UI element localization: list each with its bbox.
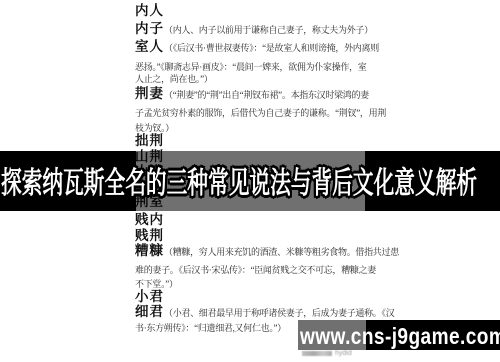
term-definition: （内人、内子以前用于谦称自己妻子，称丈夫为外子） [164,25,373,35]
term-heading: 糟糠 [135,243,164,258]
term-definition: （糟糠，穷人用来充饥的酒渣、米糠等粗劣食物。借指共过患 [164,247,399,257]
term-definition: （“荆妻”的“荆”出自“荆钗布裙”。本指东汉时梁鸿的妻 [164,90,369,100]
watermark-url: www.cns-j9game.com [300,323,500,349]
term-definition: 人止之，尚在也。”） [135,74,213,84]
dictionary-line: 荆妻（“荆妻”的“荆”出自“荆钗布裙”。本指东汉时梁鸿的妻 [135,86,369,103]
term-heading: 荆妻 [135,86,164,101]
term-definition: 枝为钗。） [135,123,174,133]
faint-caption-text: hydid [335,350,352,357]
dictionary-line: 拙荆 [135,133,164,149]
dictionary-line: 贱荆 [135,228,164,244]
term-heading: 贱内 [135,212,164,227]
dictionary-line: 小君 [135,289,164,305]
dictionary-line: 室人（《后汉书·曹世叔妻传》：“是故室人和则谤掩，外内离则 [135,39,379,56]
term-definition: 不下堂。”） [135,279,178,289]
faint-caption: hydid [302,350,352,358]
dictionary-line: 人止之，尚在也。”） [135,70,213,87]
term-heading: 内子 [135,21,164,36]
term-definition: 难的妻子。《后汉书·宋弘传》：“臣闻贫贱之交不可忘，糟糠之妻 [135,265,376,275]
term-definition: 子孟光贫穷朴素的服饰，后借代为自己妻子的谦称。“荆钗”，用荆 [135,108,386,118]
dictionary-line: 糟糠（糟糠，穷人用来充饥的酒渣、米糠等粗劣食物。借指共过患 [135,243,399,260]
dictionary-line: 内子（内人、内子以前用于谦称自己妻子，称丈夫为外子） [135,21,373,38]
overlay-title: 探索纳瓦斯全名的三种常见说法与背后文化意义解析 [1,169,477,199]
term-definition: （《后汉书·曹世叔妻传》：“是故室人和则谤掩，外内离则 [164,43,379,53]
dictionary-line: 贱内 [135,212,164,228]
term-heading: 贱荆 [135,228,164,243]
smudge-decoration-icon [302,351,332,356]
term-heading: 拙荆 [135,133,164,148]
term-heading: 小君 [135,289,164,304]
term-heading: 内人 [135,3,164,18]
term-definition: （小君、细君最早用于称呼诸侯妻子，后成为妻子通称。《汉 [164,308,394,318]
term-heading: 细君 [135,304,164,319]
dictionary-line: 内人 [135,3,164,19]
screenshot-root: 内人内子（内人、内子以前用于谦称自己妻子，称丈夫为外子）室人（《后汉书·曹世叔妻… [0,0,500,362]
term-heading: 室人 [135,39,164,54]
